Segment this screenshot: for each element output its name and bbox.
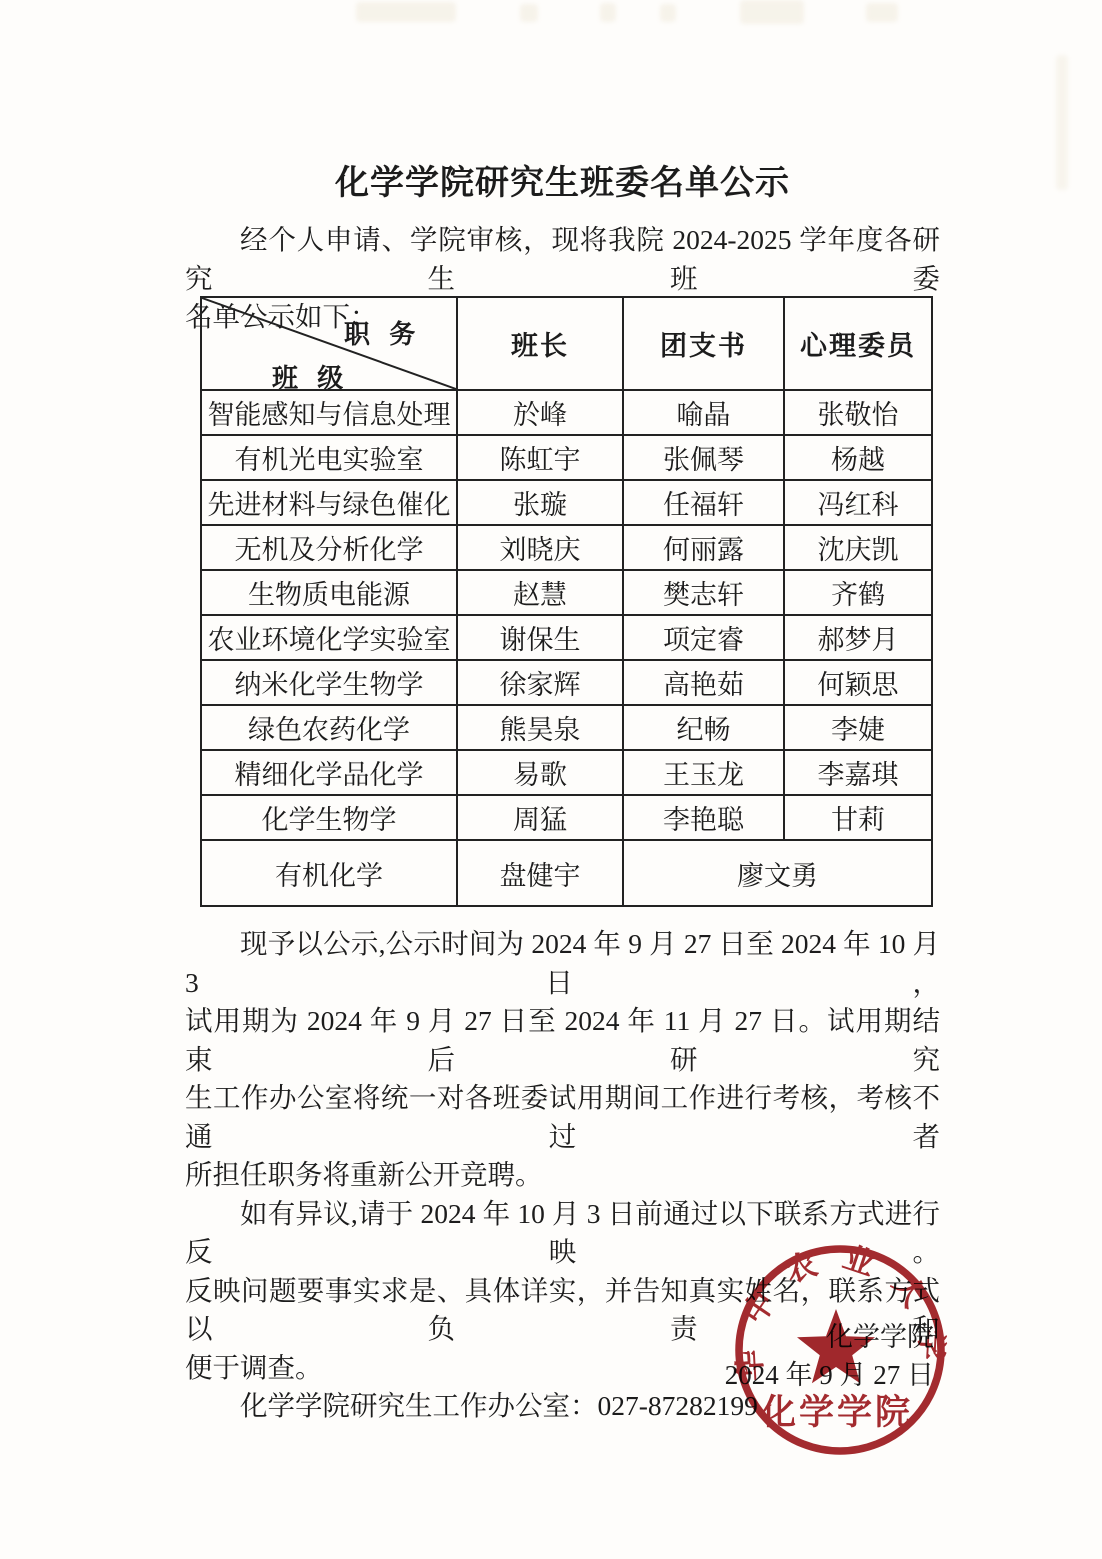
league-cell: 樊志轩 (623, 570, 784, 615)
table-corner-cell: 职 务 班 级 (201, 297, 457, 390)
scan-bleed-artifact (520, 4, 538, 22)
psych-cell: 李婕 (784, 705, 932, 750)
league-cell: 项定睿 (623, 615, 784, 660)
intro-line: 经个人申请、学院审核，现将我院 2024-2025 学年度各研究生班委 (185, 221, 940, 298)
monitor-cell: 徐家辉 (457, 660, 623, 705)
seal-star-icon (797, 1309, 875, 1383)
league-cell: 何丽露 (623, 525, 784, 570)
monitor-cell: 张璇 (457, 480, 623, 525)
scan-bleed-artifact (356, 2, 456, 22)
league-cell: 任福轩 (623, 480, 784, 525)
psych-cell: 李嘉琪 (784, 750, 932, 795)
seal-graphic: 华中农业大学 化学学院 (733, 1242, 948, 1459)
notice-line: 试用期为 2024 年 9 月 27 日至 2024 年 11 月 27 日。试… (185, 1002, 940, 1079)
psych-cell: 郝梦月 (784, 615, 932, 660)
table-header-row: 职 务 班 级 班长 团支书 心理委员 (201, 297, 932, 390)
scan-bleed-artifact (660, 4, 676, 22)
league-cell: 王玉龙 (623, 750, 784, 795)
monitor-cell: 刘晓庆 (457, 525, 623, 570)
monitor-cell: 易歌 (457, 750, 623, 795)
league-cell: 高艳茹 (623, 660, 784, 705)
league-cell: 纪畅 (623, 705, 784, 750)
table-row: 生物质电能源 赵慧 樊志轩 齐鹤 (201, 570, 932, 615)
corner-label-duty: 职 务 (344, 314, 421, 351)
scan-bleed-artifact (1056, 55, 1068, 190)
monitor-cell: 於峰 (457, 390, 623, 435)
table-row: 农业环境化学实验室 谢保生 项定睿 郝梦月 (201, 615, 932, 660)
notice-line: 现予以公示,公示时间为 2024 年 9 月 27 日至 2024 年 10 月… (185, 925, 940, 1002)
class-name-cell: 智能感知与信息处理 (201, 390, 457, 435)
notice-line: 所担任职务将重新公开竞聘。 (185, 1156, 940, 1195)
monitor-cell: 盘健宇 (457, 840, 623, 906)
psych-cell: 何颖思 (784, 660, 932, 705)
psych-cell: 张敬怡 (784, 390, 932, 435)
monitor-cell: 陈虹宇 (457, 435, 623, 480)
university-seal-stamp: 华中农业大学 化学学院 (733, 1242, 948, 1459)
table-row: 先进材料与绿色催化 张璇 任福轩 冯红科 (201, 480, 932, 525)
notice-line: 生工作办公室将统一对各班委试用期间工作进行考核，考核不通过者 (185, 1079, 940, 1156)
committee-table: 职 务 班 级 班长 团支书 心理委员 智能感知与信息处理 於峰 喻晶 张敬怡 … (200, 296, 933, 907)
scan-bleed-artifact (600, 3, 616, 22)
class-name-cell: 精细化学品化学 (201, 750, 457, 795)
table-row: 有机光电实验室 陈虹宇 张佩琴 杨越 (201, 435, 932, 480)
table-row: 无机及分析化学 刘晓庆 何丽露 沈庆凯 (201, 525, 932, 570)
document-page: 化学学院研究生班委名单公示 经个人申请、学院审核，现将我院 2024-2025 … (0, 0, 1102, 1559)
table-row: 有机化学 盘健宇 廖文勇 (201, 840, 932, 906)
table-row: 精细化学品化学 易歌 王玉龙 李嘉琪 (201, 750, 932, 795)
monitor-cell: 熊昊泉 (457, 705, 623, 750)
league-cell: 李艳聪 (623, 795, 784, 840)
monitor-cell: 赵慧 (457, 570, 623, 615)
class-name-cell: 无机及分析化学 (201, 525, 457, 570)
scan-bleed-artifact (740, 0, 804, 24)
merged-league-psych-cell: 廖文勇 (623, 840, 932, 906)
monitor-cell: 周猛 (457, 795, 623, 840)
psych-cell: 齐鹤 (784, 570, 932, 615)
corner-label-class: 班 级 (272, 358, 349, 390)
table-row: 纳米化学生物学 徐家辉 高艳茹 何颖思 (201, 660, 932, 705)
scan-bleed-artifact (866, 3, 898, 22)
monitor-cell: 谢保生 (457, 615, 623, 660)
table-row: 化学生物学 周猛 李艳聪 甘莉 (201, 795, 932, 840)
psych-cell: 杨越 (784, 435, 932, 480)
league-cell: 张佩琴 (623, 435, 784, 480)
class-name-cell: 先进材料与绿色催化 (201, 480, 457, 525)
class-name-cell: 化学生物学 (201, 795, 457, 840)
column-header-league-secretary: 团支书 (623, 297, 784, 390)
table-row: 智能感知与信息处理 於峰 喻晶 张敬怡 (201, 390, 932, 435)
psych-cell: 甘莉 (784, 795, 932, 840)
league-cell: 喻晶 (623, 390, 784, 435)
column-header-monitor: 班长 (457, 297, 623, 390)
class-name-cell: 生物质电能源 (201, 570, 457, 615)
class-name-cell: 纳米化学生物学 (201, 660, 457, 705)
class-name-cell: 农业环境化学实验室 (201, 615, 457, 660)
seal-bottom-text: 化学学院 (760, 1393, 913, 1432)
page-title: 化学学院研究生班委名单公示 (185, 163, 940, 203)
class-name-cell: 绿色农药化学 (201, 705, 457, 750)
psych-cell: 冯红科 (784, 480, 932, 525)
table-row: 绿色农药化学 熊昊泉 纪畅 李婕 (201, 705, 932, 750)
column-header-psych-commissioner: 心理委员 (784, 297, 932, 390)
class-name-cell: 有机光电实验室 (201, 435, 457, 480)
class-name-cell: 有机化学 (201, 840, 457, 906)
psych-cell: 沈庆凯 (784, 525, 932, 570)
